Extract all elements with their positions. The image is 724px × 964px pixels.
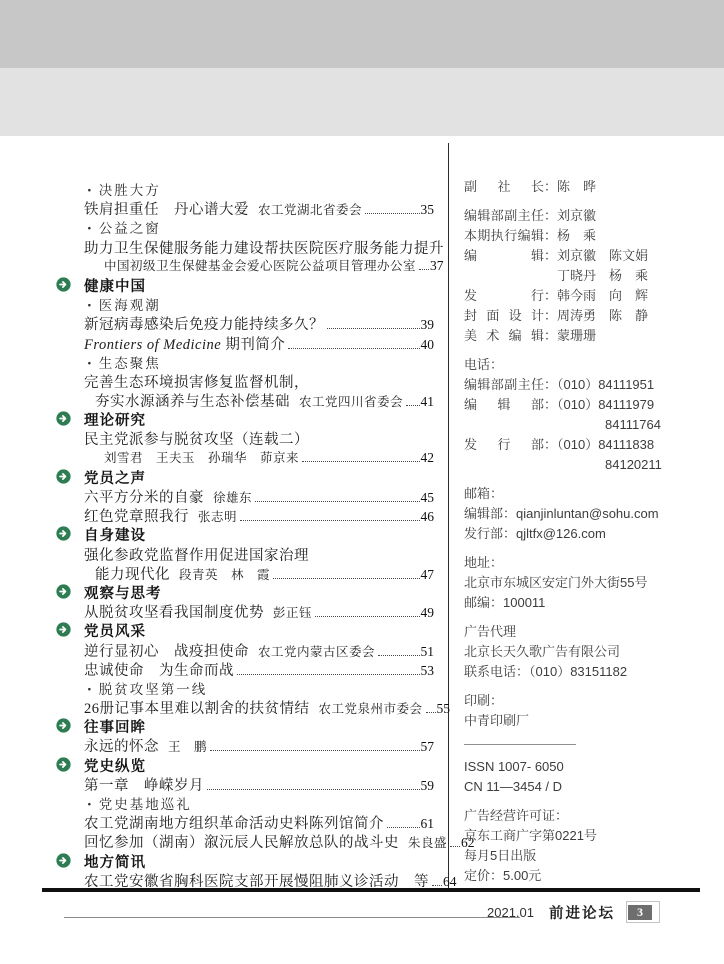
masthead-line: 北京市东城区安定门外大街55号 [464,573,714,593]
label-colon: ： [544,179,557,194]
masthead-line: 地址： [464,553,714,573]
masthead-label: 封面设计 [464,306,544,326]
masthead-label: 发行部 [464,435,544,455]
masthead-label: 副社长 [464,177,544,197]
masthead-line: 本期执行编辑：杨 乘 [464,226,714,246]
label-colon: ： [544,308,557,323]
arrow-circle-icon [56,411,71,426]
article-title: 回忆参加（湖南）溆沅辰人民解放总队的战斗史 [84,831,399,852]
dot-leader [387,827,420,828]
toc-article-row: 夯实水源涵养与生态补偿基础农工党四川省委会41 [56,390,434,409]
arrow-circle-icon [56,526,71,541]
toc-subsection-heading: 脱贫攻坚第一线 [56,678,434,697]
article-title: 助力卫生保健服务能力建设帮扶医院医疗服务能力提升 [84,237,444,258]
toc-section-heading: 党员风采 [56,620,434,639]
dot-leader [426,712,436,713]
dot-leader [237,674,420,675]
page-number: 45 [421,490,435,506]
article-author: 刘雪君 王夫玉 孙瑞华 茆京来 [104,448,299,466]
heading-text: 往事回眸 [84,716,146,737]
article-title: 逆行显初心 战疫担使命 [84,640,249,661]
arrow-circle-icon [56,277,71,292]
arrow-circle-icon [56,622,71,637]
heading-text: 党员风采 [84,620,146,641]
dot-leader [327,328,420,329]
masthead-line: 广告经营许可证： [464,806,714,826]
toc-article-row: 农工党安徽省胸科医院支部开展慢阻肺义诊活动 等64 [56,870,434,889]
page-number: 35 [421,202,435,218]
masthead-value: 84111764 [557,417,661,432]
article-author: 中国初级卫生保健基金会爱心医院公益项目管理办公室 [104,256,416,274]
heading-text: 健康中国 [84,275,146,296]
toc-article-row: 新冠病毒感染后免疫力能持续多久？ 39 [56,313,434,332]
masthead-line: 编辑部：qianjinluntan@sohu.com [464,504,714,524]
page-number: 61 [421,816,435,832]
masthead-block: 电话：编辑部副主任：（010）84111951编辑部：（010）84111979… [464,355,714,475]
masthead-line: 每月5日出版 [464,846,714,866]
masthead-line: 邮箱： [464,484,714,504]
masthead-line: 邮编：100011 [464,593,714,613]
toc-section-heading: 观察与思考 [56,582,434,601]
masthead-label: 美术编辑 [464,326,544,346]
heading-text: 党史纵览 [84,755,146,776]
masthead-label: 编辑部副主任 [464,206,544,226]
article-title: 完善生态环境损害修复监督机制， [84,371,309,392]
masthead-line: 电话： [464,355,714,375]
dot-leader [207,789,420,790]
masthead-value: （010）84111979 [557,397,654,412]
masthead-label: 发行 [464,286,544,306]
toc-article-row: 能力现代化段青英 林 霞47 [56,563,434,582]
toc-article-row: 助力卫生保健服务能力建设帮扶医院医疗服务能力提升 [56,237,434,256]
dot-leader [378,655,419,656]
arrow-circle-icon [56,757,71,772]
toc-section-heading: 党史纵览 [56,755,434,774]
toc-subsection-heading: 决胜大方 [56,179,434,198]
toc-article-row: 从脱贫攻坚看我国制度优势彭正钰49 [56,601,434,620]
toc-article-row: 26册记事本里难以割舍的扶贫情结农工党泉州市委会55 [56,697,434,716]
arrow-circle-icon [56,469,71,484]
article-author: 徐雄东 [213,488,252,506]
article-title: 26册记事本里难以割舍的扶贫情结 [84,697,310,718]
dot-leader [255,501,419,502]
page-number: 51 [421,644,435,660]
masthead-line: 中青印刷厂 [464,711,714,731]
masthead-block: 地址：北京市东城区安定门外大街55号邮编：100011 [464,553,714,613]
dot-leader [288,348,419,349]
masthead-block: 编辑部副主任：刘京徽本期执行编辑：杨 乘编辑：刘京徽 陈文娟：丁晓丹 杨 乘发行… [464,206,714,346]
masthead-line: 印刷： [464,691,714,711]
masthead-value: 84120211 [557,457,662,472]
toc-article-row: 永远的怀念王 鹏57 [56,735,434,754]
article-author: 王 鹏 [168,737,207,755]
toc-section-heading: 理论研究 [56,409,434,428]
toc-article-row: 中国初级卫生保健基金会爱心医院公益项目管理办公室37 [56,256,434,275]
article-title: Frontiers of Medicine 期刊简介 [84,333,285,354]
toc-article-row: 忠诚使命 为生命而战53 [56,659,434,678]
masthead-label: 编辑 [464,246,544,266]
heading-text: 自身建设 [84,524,146,545]
page-number: 49 [421,605,435,621]
masthead-label: 编辑部 [464,395,544,415]
dot-leader [406,405,419,406]
toc-section-heading: 党员之声 [56,467,434,486]
magazine-toc-page: 决胜大方铁肩担重任 丹心谱大爱农工党湖北省委会35公益之窗助力卫生保健服务能力建… [0,0,724,964]
label-colon: ： [544,288,557,303]
masthead-value: 周涛勇 陈 静 [557,308,648,323]
toc-subsection-heading: 公益之窗 [56,217,434,236]
page-number: 41 [421,394,435,410]
article-title: 强化参政党监督作用促进国家治理 [84,544,309,565]
toc-article-row: 第一章 峥嵘岁月59 [56,774,434,793]
toc-article-row: 刘雪君 王夫玉 孙瑞华 茆京来42 [56,448,434,467]
page-number: 40 [421,337,435,353]
article-author: 彭正钰 [273,603,312,621]
masthead-line: 发行部：（010）84111838 [464,435,714,455]
masthead-line: 副社长：陈 晔 [464,177,714,197]
article-title: 忠诚使命 为生命而战 [84,659,234,680]
dot-leader [450,846,460,847]
toc-article-row: 铁肩担重任 丹心谱大爱农工党湖北省委会35 [56,198,434,217]
masthead-line: 北京长天久歌广告有限公司 [464,642,714,662]
page-number: 42 [421,450,435,466]
masthead-line: ISSN 1007- 6050 [464,757,714,777]
toc-subsection-heading: 生态聚焦 [56,352,434,371]
article-author: 农工党四川省委会 [299,392,403,410]
heading-text: 观察与思考 [84,582,162,603]
masthead-block: 广告代理北京长天久歌广告有限公司联系电话：（010）83151182 [464,622,714,682]
toc-section-heading: 自身建设 [56,524,434,543]
toc-article-row: Frontiers of Medicine 期刊简介40 [56,333,434,352]
page-number: 57 [421,739,435,755]
dot-leader [315,616,419,617]
article-title: 从脱贫攻坚看我国制度优势 [84,601,264,622]
dot-leader [210,750,419,751]
heading-text: 党史基地巡礼 [99,793,192,813]
masthead-value: 刘京徽 陈文娟 [557,248,648,263]
article-title: 民主党派参与脱贫攻坚（连载二） [84,428,309,449]
dot-leader [302,461,419,462]
masthead-line: 美术编辑：蒙珊珊 [464,326,714,346]
article-title: 新冠病毒感染后免疫力能持续多久？ [84,313,324,334]
heading-text: 地方简讯 [84,851,146,872]
masthead-block: ISSN 1007- 6050CN 11—3454 / D [464,757,714,797]
dot-leader [365,213,419,214]
masthead-line: 定价：5.00元 [464,866,714,886]
label-colon: ： [544,228,557,243]
masthead-line: 广告代理 [464,622,714,642]
masthead-divider-line [464,744,576,745]
dot-leader [273,578,419,579]
page-number: 47 [421,567,435,583]
article-title: 夯实水源涵养与生态补偿基础 [95,390,290,411]
article-title: 永远的怀念 [84,735,159,756]
arrow-circle-icon [56,718,71,733]
heading-text: 党员之声 [84,467,146,488]
masthead-line: 发行：韩今雨 向 辉 [464,286,714,306]
heading-text: 公益之窗 [99,217,161,237]
header-band-dark [0,0,724,68]
footer-thin-line [64,917,520,918]
heading-text: 医海观潮 [99,294,161,314]
masthead-label: 编辑部副主任 [464,375,544,395]
label-colon: ： [544,328,557,343]
page-number-value: 3 [628,905,652,920]
masthead-line: ：84111764 [464,415,714,435]
article-author: 朱良盛 [408,833,447,851]
column-divider-line [448,143,449,888]
masthead-line: CN 11—3454 / D [464,777,714,797]
article-author: 农工党湖北省委会 [258,200,362,218]
label-colon: ： [544,377,557,392]
arrow-circle-icon [56,584,71,599]
toc-column: 决胜大方铁肩担重任 丹心谱大爱农工党湖北省委会35公益之窗助力卫生保健服务能力建… [56,179,434,889]
toc-subsection-heading: 党史基地巡礼 [56,793,434,812]
label-colon: ： [544,248,557,263]
toc-section-heading: 地方简讯 [56,851,434,870]
masthead-value: 杨 乘 [557,228,596,243]
toc-article-row: 回忆参加（湖南）溆沅辰人民解放总队的战斗史朱良盛62 [56,831,434,850]
heading-text: 生态聚焦 [99,352,161,372]
masthead-value: （010）84111951 [557,377,654,392]
article-author: 农工党内蒙古区委会 [258,642,375,660]
masthead-line: ：丁晓丹 杨 乘 [464,266,714,286]
article-title: 红色党章照我行 [84,505,189,526]
article-title: 铁肩担重任 丹心谱大爱 [84,198,249,219]
masthead-line: 编辑：刘京徽 陈文娟 [464,246,714,266]
article-author: 段青英 林 霞 [179,565,270,583]
dot-leader [419,269,429,270]
masthead-column: 副社长：陈 晔编辑部副主任：刘京徽本期执行编辑：杨 乘编辑：刘京徽 陈文娟：丁晓… [464,177,714,895]
masthead-line: 联系电话：（010）83151182 [464,662,714,682]
toc-article-row: 民主党派参与脱贫攻坚（连载二） [56,428,434,447]
masthead-block: 广告经营许可证：京东工商广字第0221号每月5日出版定价：5.00元 [464,806,714,886]
masthead-line: 发行部：qjltfx@126.com [464,524,714,544]
page-number: 53 [421,663,435,679]
arrow-circle-icon [56,853,71,868]
page-number: 46 [421,509,435,525]
page-number: 37 [430,258,444,274]
label-colon: ： [544,208,557,223]
toc-article-row: 农工党湖南地方组织革命活动史料陈列馆简介61 [56,812,434,831]
toc-subsection-heading: 医海观潮 [56,294,434,313]
article-author: 农工党泉州市委会 [319,699,423,717]
toc-article-row: 强化参政党监督作用促进国家治理 [56,544,434,563]
bottom-thick-rule [42,888,700,892]
article-title: 农工党湖南地方组织革命活动史料陈列馆简介 [84,812,384,833]
masthead-line: 京东工商广字第0221号 [464,826,714,846]
header-band-light [0,68,724,136]
masthead-block: 印刷：中青印刷厂 [464,691,714,731]
magazine-title: 前进论坛 [549,902,615,923]
dot-leader [240,520,419,521]
heading-text: 理论研究 [84,409,146,430]
article-title: 六平方分米的自豪 [84,486,204,507]
masthead-line: 编辑部副主任：（010）84111951 [464,375,714,395]
toc-article-row: 完善生态环境损害修复监督机制， [56,371,434,390]
dot-leader [432,885,442,886]
article-title: 能力现代化 [95,563,170,584]
label-colon: ： [544,397,557,412]
masthead-label: 本期执行编辑 [464,226,544,246]
toc-section-heading: 健康中国 [56,275,434,294]
masthead-value: 陈 晔 [557,179,596,194]
page-number: 55 [437,701,451,717]
toc-article-row: 红色党章照我行张志明46 [56,505,434,524]
toc-article-row: 逆行显初心 战疫担使命农工党内蒙古区委会51 [56,640,434,659]
masthead-value: 韩今雨 向 辉 [557,288,648,303]
toc-section-heading: 往事回眸 [56,716,434,735]
label-colon: ： [544,437,557,452]
heading-text: 决胜大方 [99,179,161,199]
page-footer: 2021.01 前进论坛 3 [64,901,660,923]
masthead-line: 封面设计：周涛勇 陈 静 [464,306,714,326]
article-author: 张志明 [198,507,237,525]
masthead-value: 丁晓丹 杨 乘 [557,268,648,283]
masthead-line: 编辑部：（010）84111979 [464,395,714,415]
toc-article-row: 六平方分米的自豪徐雄东45 [56,486,434,505]
article-title: 第一章 峥嵘岁月 [84,774,204,795]
masthead-value: 刘京徽 [557,208,596,223]
masthead-value: 蒙珊珊 [557,328,596,343]
page-number: 59 [421,778,435,794]
masthead-line: 编辑部副主任：刘京徽 [464,206,714,226]
page-number: 39 [421,317,435,333]
heading-text: 脱贫攻坚第一线 [99,678,208,698]
masthead-block: 副社长：陈 晔 [464,177,714,197]
masthead-line: ：84120211 [464,455,714,475]
page-number-badge: 3 [626,901,660,923]
masthead-value: （010）84111838 [557,437,654,452]
masthead-block: 邮箱：编辑部：qianjinluntan@sohu.com发行部：qjltfx@… [464,484,714,544]
